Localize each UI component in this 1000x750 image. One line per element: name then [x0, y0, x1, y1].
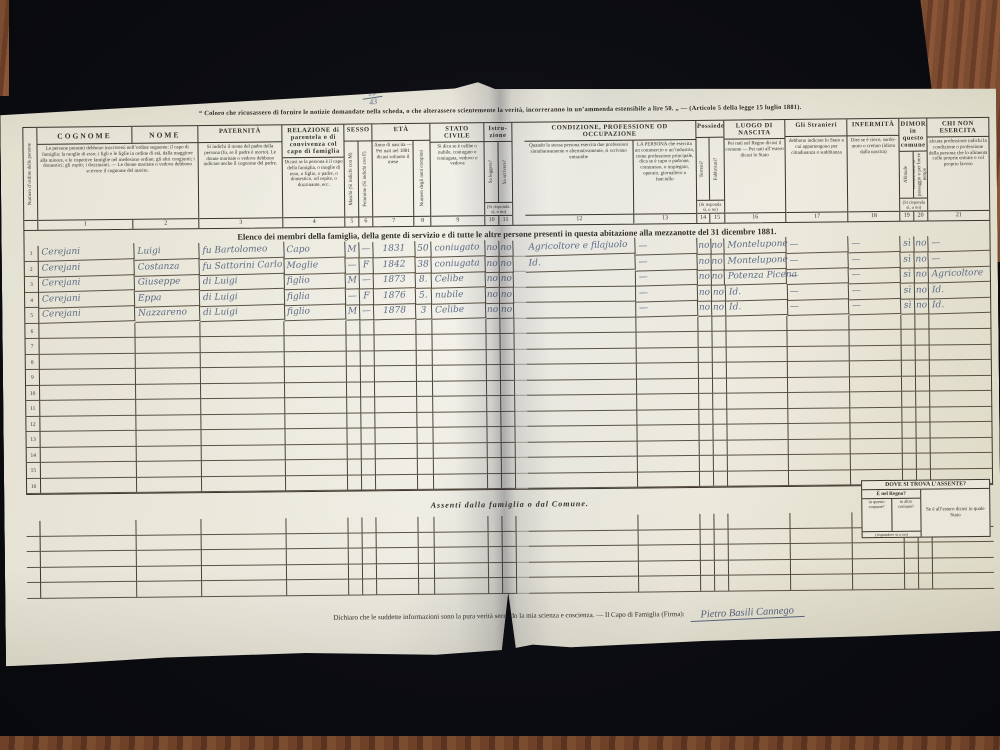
row-cell: [488, 442, 502, 458]
row-cell: [851, 454, 903, 470]
row-cell: [853, 574, 905, 590]
table-wood-edge-left: [0, 0, 9, 96]
column-group-title: ETÀ: [373, 124, 430, 142]
row-cell: [361, 320, 375, 336]
absent-box-regno-column: È nel Regno? in questo comune? in altro …: [862, 490, 921, 538]
row-cell: [916, 392, 930, 408]
row-cell: [136, 446, 201, 462]
row-cell: [435, 563, 489, 579]
row-cell: [528, 515, 638, 532]
row-cell: [713, 425, 727, 441]
row-cell: [729, 528, 791, 544]
row-cell: [931, 422, 992, 438]
row-cell: [502, 442, 516, 458]
row-cell: [850, 376, 902, 392]
row-cell: [529, 530, 639, 547]
row-cell: [902, 345, 916, 361]
row-cell: [376, 412, 418, 428]
row-cell: [286, 413, 348, 429]
row-cell: Montelupone: [725, 252, 787, 269]
row-cell: no: [914, 236, 928, 252]
row-cell: —: [346, 258, 360, 274]
row-cell: [488, 473, 502, 489]
row-cell: [851, 407, 903, 423]
row-cell: [527, 364, 637, 381]
row-cell: [433, 381, 487, 397]
column-number: 18: [849, 211, 900, 222]
fold-gap-cell: [515, 411, 527, 427]
row-cell: [137, 535, 202, 551]
row-cell: [41, 462, 137, 479]
row-cell: [712, 316, 726, 332]
column-group-title: Istru- zione: [484, 123, 511, 142]
row-cell: [930, 329, 991, 345]
row-cell: [435, 547, 489, 563]
row-number: [27, 567, 41, 583]
row-cell: [699, 394, 713, 410]
row-cell: [347, 382, 361, 398]
column-note: alcuna professione indichi la condizione…: [928, 137, 990, 211]
row-cell: [529, 546, 639, 563]
row-cell: coniugato: [431, 240, 485, 257]
header-col-numero: Numero d’ordine delle persone: [23, 128, 38, 230]
row-cell: [637, 456, 699, 472]
row-cell: [905, 558, 919, 574]
column-numbers: 78: [374, 216, 431, 227]
row-cell: [40, 520, 136, 537]
row-cell: no: [711, 285, 725, 301]
row-cell: [791, 574, 853, 590]
row-cell: —: [787, 236, 849, 253]
row-cell: no: [500, 303, 514, 319]
fold-gap-cell: [517, 578, 529, 594]
row-cell: [348, 444, 362, 460]
row-cell: [375, 350, 417, 366]
row-number: 15: [27, 463, 41, 479]
row-cell: [637, 409, 699, 425]
row-cell: 1876: [374, 288, 416, 305]
row-cell: [285, 320, 347, 336]
row-cell: [902, 361, 916, 377]
row-cell: [699, 378, 713, 394]
row-cell: [417, 366, 433, 382]
header-col-istru: Istru- zioneSa leggere?Sa scrivere?(Si r…: [484, 123, 513, 225]
row-cell: [850, 361, 902, 377]
row-cell: [487, 396, 501, 412]
row-cell: [501, 365, 515, 381]
row-cell: 50: [415, 241, 431, 257]
column-title: NOME: [132, 126, 197, 143]
row-cell: [788, 330, 850, 346]
row-cell: [39, 322, 135, 339]
row-cell: [638, 471, 700, 487]
row-cell: no: [499, 256, 513, 272]
row-cell: [931, 437, 992, 453]
row-cell: no: [915, 252, 929, 268]
row-cell: [527, 395, 637, 412]
row-cell: [361, 397, 375, 413]
row-cell: [933, 557, 994, 573]
row-cell: [286, 460, 348, 476]
row-cell: no: [915, 267, 929, 283]
absent-box-abroad-label: Se è all’estero dicasi in quale Stato: [921, 489, 989, 537]
column-group-title: DIMORA in questo comune: [899, 119, 926, 152]
header-col-paternit: PATERNITÀSi indichi il nome del padre de…: [198, 125, 284, 228]
row-cell: no: [711, 300, 725, 316]
row-number: 6: [25, 323, 39, 339]
row-cell: [435, 532, 489, 548]
row-cell: [933, 542, 994, 558]
header-col-condizione: CONDIZIONE, PROFESSIONE OD OCCUPAZIONEQu…: [524, 121, 697, 225]
fold-gap-cell: [514, 256, 526, 272]
row-cell: [850, 392, 902, 408]
row-cell: [40, 415, 136, 432]
fold-gap-cell: [514, 334, 526, 350]
row-cell: [362, 444, 376, 460]
row-number: 16: [27, 478, 41, 494]
fold-gap-cell: [516, 473, 528, 489]
row-cell: [418, 428, 434, 444]
row-cell: [789, 423, 851, 439]
row-cell: [362, 459, 376, 475]
row-cell: [201, 460, 286, 476]
row-cell: [287, 580, 349, 596]
row-cell: —: [849, 298, 901, 315]
row-cell: [433, 412, 487, 428]
row-cell: [713, 471, 727, 487]
row-cell: —: [929, 250, 990, 267]
column-subcell: Numero degli anni compiuti: [414, 141, 430, 216]
row-cell: [200, 336, 285, 352]
row-cell: [714, 514, 728, 530]
header-col-gap: COGNOMENOMELe persone presenti debbono i…: [37, 126, 199, 230]
row-cell: [915, 314, 929, 330]
row-cell: [377, 579, 419, 595]
row-cell: no: [711, 254, 725, 270]
column-subcell: Anno di nascita — Pei nati nel 1881 dica…: [373, 141, 415, 216]
row-cell: [362, 517, 376, 533]
column-subcell: LA PERSONA che esercita un commercio o u…: [634, 140, 696, 214]
row-cell: [376, 443, 418, 459]
row-cell: no: [697, 270, 711, 286]
row-cell: [917, 454, 931, 470]
row-cell: [136, 384, 201, 400]
row-cell: [349, 579, 363, 595]
column-numbers: 12: [38, 218, 198, 230]
row-cell: Nazzareno: [135, 305, 200, 322]
row-number: 9: [26, 370, 40, 386]
table-wood-edge-bottom: [0, 736, 1000, 750]
row-cell: [713, 394, 727, 410]
row-cell: [433, 365, 487, 381]
row-cell: Id.: [929, 281, 990, 298]
row-cell: [529, 577, 639, 594]
row-cell: no: [915, 283, 929, 299]
row-cell: di Luigi: [200, 304, 285, 322]
row-cell: [362, 413, 376, 429]
row-cell: [286, 429, 348, 445]
column-numbers: 1920: [900, 211, 927, 221]
column-group-title: SESSO: [345, 124, 372, 141]
row-cell: [503, 562, 517, 578]
header-col-chi: CHI NON ESERCITAalcuna professione indic…: [927, 118, 989, 221]
row-cell: [363, 548, 377, 564]
row-number: 7: [26, 339, 40, 355]
column-subcell: Sa scrivere?: [498, 142, 512, 202]
row-cell: [348, 517, 362, 533]
row-cell: Luigi: [134, 243, 199, 260]
row-cell: [902, 392, 916, 408]
row-cell: [40, 384, 136, 401]
row-cell: [41, 535, 137, 552]
column-title: RELAZIONE di parentela o di convivenza c…: [283, 125, 344, 159]
row-cell: [285, 367, 347, 383]
row-cell: [528, 441, 638, 458]
row-cell: [433, 350, 487, 366]
row-cell: [417, 412, 433, 428]
row-cell: [789, 408, 851, 424]
row-cell: no: [697, 239, 711, 255]
header-vertical-label: Numero d’ordine delle persone: [27, 143, 33, 205]
row-cell: [488, 427, 502, 443]
row-cell: [200, 352, 285, 368]
row-cell: [715, 529, 729, 545]
row-cell: 38: [416, 257, 432, 273]
row-cell: [487, 411, 501, 427]
row-cell: [527, 410, 637, 427]
row-cell: [789, 454, 851, 470]
row-number: 3: [25, 277, 39, 293]
row-cell: [526, 333, 636, 350]
row-cell: figlio: [284, 304, 346, 321]
row-cell: [853, 543, 905, 559]
row-cell: [727, 424, 789, 440]
row-cell: [201, 429, 286, 445]
row-cell: [789, 439, 851, 455]
row-cell: [903, 438, 917, 454]
column-note: Si indichi il nome del padre della perso…: [198, 142, 283, 218]
row-cell: [287, 564, 349, 580]
row-cell: fu Bartolomeo: [199, 242, 284, 260]
row-cell: [434, 516, 488, 532]
row-cell: 8.: [416, 272, 432, 288]
row-cell: sì: [900, 236, 914, 252]
row-number: 4: [25, 292, 39, 308]
row-cell: [286, 475, 348, 491]
row-cell: [529, 561, 639, 578]
column-subcell: Femmine (Si indichi con F): [358, 141, 372, 216]
header-col-luogo: LUOGO DI NASCITAPei nati nel Regno dicas…: [724, 120, 787, 223]
row-cell: [715, 545, 729, 561]
column-number: [24, 220, 37, 230]
row-cell: [789, 470, 851, 486]
fold-gap-cell: [516, 516, 528, 532]
column-subcell: Maschi (Si indichi con M): [345, 141, 359, 216]
answer-note: (Si risponda sì, o no): [697, 200, 724, 213]
column-title: PATERNITÀ: [198, 125, 282, 143]
row-cell: [137, 581, 202, 597]
row-cell: —: [787, 298, 849, 315]
row-cell: [417, 335, 433, 351]
row-cell: [418, 459, 434, 475]
row-cell: —: [360, 273, 374, 289]
column-title: INFERMITÀ: [848, 119, 899, 137]
row-cell: Cerejani: [39, 305, 135, 323]
row-cell: [916, 361, 930, 377]
row-cell: —: [360, 304, 374, 320]
row-cell: [135, 337, 200, 353]
row-cell: [348, 475, 362, 491]
row-cell: [487, 350, 501, 366]
row-cell: [712, 332, 726, 348]
row-cell: [700, 514, 714, 530]
row-cell: [347, 397, 361, 413]
row-cell: [433, 396, 487, 412]
row-cell: —: [360, 242, 374, 258]
row-number: 12: [26, 416, 40, 432]
row-cell: [527, 348, 637, 365]
row-cell: [135, 353, 200, 369]
row-cell: Capo: [284, 242, 346, 259]
row-cell: [347, 335, 361, 351]
row-cell: [502, 458, 516, 474]
row-cell: [902, 330, 916, 346]
row-cell: M: [346, 304, 360, 320]
row-cell: [377, 563, 419, 579]
fold-gap-cell: [514, 287, 526, 303]
row-cell: F: [360, 289, 374, 305]
row-cell: [417, 397, 433, 413]
row-cell: [903, 454, 917, 470]
row-cell: [361, 335, 375, 351]
row-cell: [850, 314, 902, 330]
row-cell: [715, 560, 729, 576]
row-cell: no: [499, 241, 513, 257]
row-cell: [726, 377, 788, 393]
census-form-table: Numero d’ordine delle personeCOGNOMENOME…: [22, 117, 994, 599]
row-cell: [715, 576, 729, 592]
row-cell: [39, 338, 135, 355]
row-number: 1: [25, 246, 39, 262]
row-cell: [375, 381, 417, 397]
row-cell: [500, 318, 514, 334]
row-cell: Eppa: [135, 290, 200, 307]
row-cell: di Luigi: [199, 273, 284, 291]
answer-note: (Si risponda: sì, o no): [485, 202, 512, 215]
row-cell: [791, 528, 853, 544]
row-cell: [489, 531, 503, 547]
row-cell: [435, 578, 489, 594]
row-cell: [285, 382, 347, 398]
absent-location-box: DOVE SI TROVA L’ASSENTE? È nel Regno? in…: [861, 479, 991, 538]
row-cell: [916, 407, 930, 423]
row-cell: [434, 474, 488, 490]
row-cell: [637, 440, 699, 456]
row-cell: [40, 431, 136, 448]
row-cell: [137, 461, 202, 477]
row-cell: [713, 378, 727, 394]
row-cell: [417, 381, 433, 397]
row-cell: [487, 334, 501, 350]
answer-note: (Si risponda sì, o no): [900, 198, 927, 211]
column-number: 9: [431, 215, 484, 226]
column-headers: Numero d’ordine delle personeCOGNOMENOME…: [22, 117, 990, 231]
row-cell: [930, 375, 991, 391]
column-subcell: Sa leggere?: [485, 142, 499, 202]
row-cell: [501, 427, 515, 443]
row-cell: Agricoltore: [929, 266, 990, 283]
row-cell: [930, 406, 991, 422]
row-cell: [489, 578, 503, 594]
row-cell: [419, 532, 435, 548]
row-cell: [638, 514, 700, 530]
fold-gap-cell: [514, 303, 526, 319]
header-col-possiede: PossiedeTerreni?Fabbricati?(Si risponda …: [696, 121, 725, 223]
row-cell: [639, 529, 701, 545]
row-cell: [699, 456, 713, 472]
fold-gap-cell: [515, 380, 527, 396]
column-number: 16: [725, 212, 786, 223]
row-cell: Id.: [929, 297, 990, 314]
column-number: 4: [284, 217, 345, 228]
row-cell: [41, 477, 137, 494]
row-number: 5: [25, 308, 39, 324]
row-cell: [434, 458, 488, 474]
row-cell: M: [346, 273, 360, 289]
row-cell: no: [697, 285, 711, 301]
row-cell: [201, 398, 286, 414]
row-cell: nubile: [432, 287, 486, 304]
row-cell: no: [486, 287, 500, 303]
row-cell: [726, 362, 788, 378]
column-numbers: 56: [346, 216, 373, 226]
header-col-et: ETÀAnno di nascita — Pei nati nel 1881 d…: [373, 124, 432, 227]
row-cell: [712, 347, 726, 363]
column-subcell: Fabbricati?: [710, 138, 724, 200]
row-cell: [202, 549, 287, 565]
row-cell: [286, 518, 348, 534]
row-cell: [362, 428, 376, 444]
row-number: [27, 583, 41, 599]
column-title: COGNOME: [37, 127, 132, 144]
row-cell: [901, 314, 915, 330]
row-cell: [363, 579, 377, 595]
row-cell: [917, 423, 931, 439]
row-cell: [375, 397, 417, 413]
row-cell: [136, 415, 201, 431]
absent-box-answer-note: (rispondere sì o no): [863, 531, 921, 538]
row-cell: [41, 551, 137, 568]
row-cell: —: [635, 238, 697, 255]
fold-gap-cell: [514, 318, 526, 334]
row-cell: [931, 453, 992, 469]
row-number: 13: [26, 432, 40, 448]
row-cell: —: [787, 252, 849, 269]
row-cell: [528, 457, 638, 474]
column-subcell: Terreni?: [696, 138, 710, 200]
row-cell: [527, 426, 637, 443]
row-cell: —: [636, 300, 698, 317]
row-cell: [503, 531, 517, 547]
row-cell: [639, 576, 701, 592]
row-cell: [417, 350, 433, 366]
row-cell: [905, 574, 919, 590]
row-cell: [919, 573, 933, 589]
row-cell: [905, 543, 919, 559]
row-cell: [930, 344, 991, 360]
row-cell: no: [486, 303, 500, 319]
column-number: 17: [787, 211, 848, 222]
